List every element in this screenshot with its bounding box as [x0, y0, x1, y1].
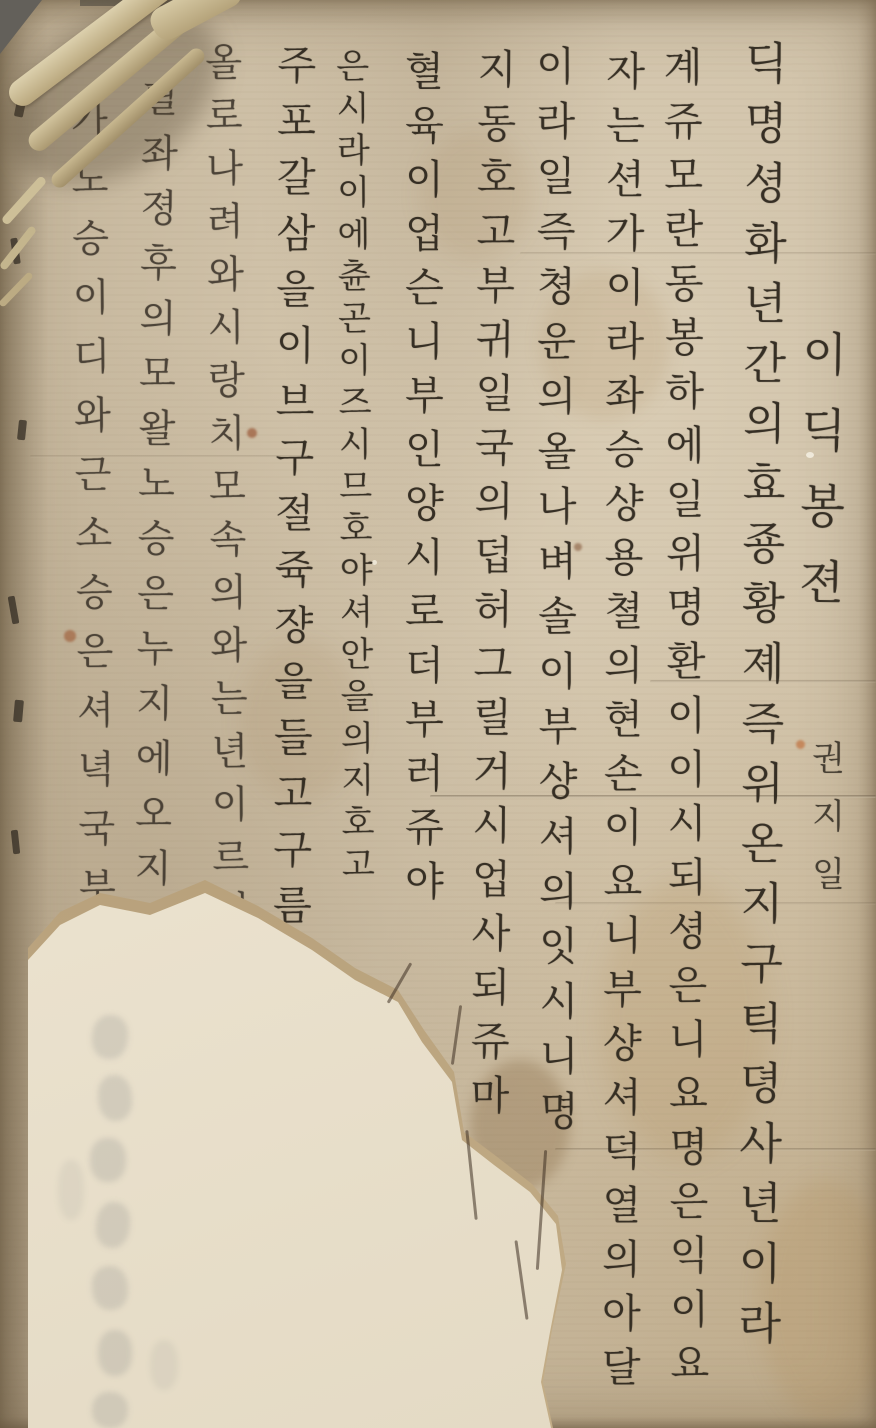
- manuscript-page: 이딕봉젼 권지일 딕명셩화년간의효죵황졔즉위온지구틱뎡사년이라 계쥬모란동봉하에…: [0, 0, 876, 1428]
- text-column-11: 가노승이디와근소승은셔녁국부: [59, 100, 123, 927]
- text-column-9: 올로나려와시랑치모속의와는년이르져: [193, 42, 256, 943]
- ghost-text-blob: [150, 1340, 178, 1390]
- text-column-2: 계쥬모란동봉하에일위명환이이시되셩은니요명은익이요: [651, 46, 715, 1396]
- volume-label-column: 권지일: [801, 740, 850, 914]
- text-column-8: 주포갈삼을이브구절쥭쟝을들고구름을: [261, 44, 323, 996]
- edge-stroke-fragment: [13, 700, 24, 723]
- ghost-text-blob: [58, 1160, 84, 1220]
- text-column-10: 필좌졍후의모왈노승은누지에오지: [122, 78, 184, 903]
- title-column: 이딕봉젼: [785, 330, 855, 635]
- text-column-6: 혈육이업슨니부인양시로더부러쥬야: [393, 50, 450, 914]
- ghost-text-blob: [90, 1138, 126, 1182]
- text-column-7: 은시라이에츈곤이즈시므호야셔안을의지호고: [325, 48, 380, 888]
- ghost-text-blob: [98, 1330, 132, 1376]
- text-column-4: 이라일즉쳥운의올나벼솔이부샹셔의잇시니명: [524, 45, 585, 1145]
- text-column-3: 자는션가이라좌승샹용쳘의현손이요니부샹셔덕열의아달: [590, 50, 652, 1400]
- ghost-text-blob: [90, 1390, 129, 1428]
- text-column-5: 지동호고부귀일국의덥허그릴거시업사되쥬마: [458, 48, 523, 1128]
- text-column-1: 딕명셩화년간의효죵황졔즉위온지구틱뎡사년이라: [723, 40, 794, 1360]
